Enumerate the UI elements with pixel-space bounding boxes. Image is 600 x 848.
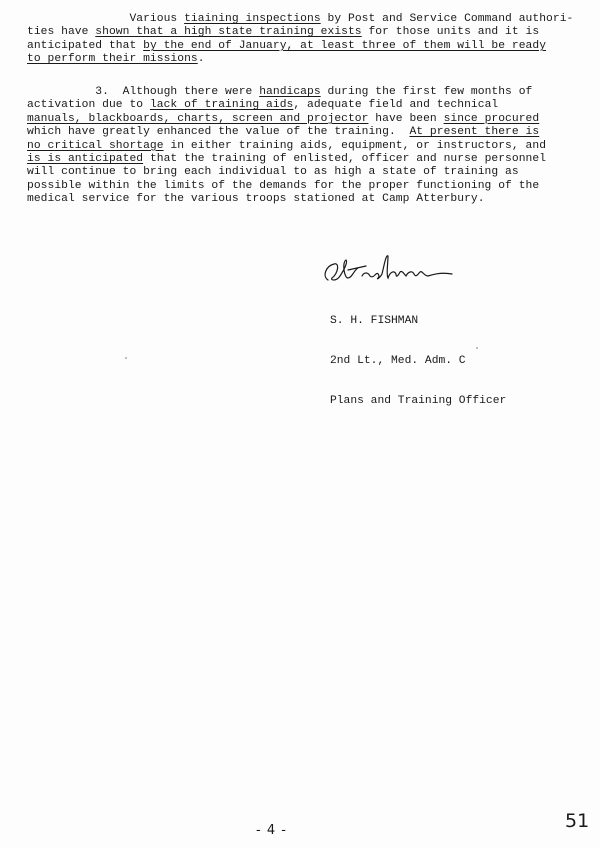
- text-line: medical service for the various troops s…: [27, 193, 587, 206]
- paper-speck: [125, 357, 127, 359]
- text-segment: in either training aids, equipment, or i…: [164, 140, 546, 152]
- underlined-phrase: by the end of January, at least three of…: [143, 40, 546, 52]
- signer-rank: 2nd Lt., Med. Adm. C: [330, 355, 558, 368]
- underlined-phrase: since procured: [444, 113, 540, 125]
- text-line: to perform their missions.: [27, 53, 587, 66]
- text-segment: .: [198, 53, 205, 65]
- text-segment: possible within the limits of the demand…: [27, 180, 539, 192]
- text-segment: ties have: [27, 26, 95, 38]
- signer-name: S. H. FISHMAN: [330, 315, 558, 328]
- text-segment: for those units and it is: [362, 26, 540, 38]
- text-segment: that the training of enlisted, officer a…: [143, 153, 546, 165]
- text-line: will continue to bring each individual t…: [27, 166, 587, 179]
- text-segment: anticipated that: [27, 40, 143, 52]
- text-line: manuals, blackboards, charts, screen and…: [27, 113, 587, 126]
- handwritten-signature: [318, 248, 468, 290]
- text-line: anticipated that by the end of January, …: [27, 40, 587, 53]
- page-number: - 4 -: [256, 823, 287, 838]
- underlined-phrase: is is anticipated: [27, 153, 143, 165]
- underlined-phrase: no critical shortage: [27, 140, 164, 152]
- underlined-phrase: manuals, blackboards, charts, screen and…: [27, 113, 368, 125]
- underlined-phrase: to perform their missions: [27, 53, 198, 65]
- underlined-phrase: lack of training aids: [150, 99, 293, 111]
- paragraph-training-inspections: Various tiaining inspections by Post and…: [27, 13, 587, 67]
- underlined-phrase: tiaining inspections: [184, 13, 321, 25]
- underlined-phrase: shown that a high state training exists: [95, 26, 361, 38]
- signature-area: S. H. FISHMAN 2nd Lt., Med. Adm. C Plans…: [318, 248, 558, 435]
- paragraph-3-handicaps: 3. Although there were handicaps during …: [27, 86, 587, 207]
- text-line: 3. Although there were handicaps during …: [27, 86, 587, 99]
- signature-block: S. H. FISHMAN 2nd Lt., Med. Adm. C Plans…: [330, 288, 558, 435]
- text-segment: during the first few months of: [321, 86, 533, 98]
- text-segment: , adequate field and technical: [293, 99, 498, 111]
- underlined-phrase: At present there is: [409, 126, 539, 138]
- text-line: which have greatly enhanced the value of…: [27, 126, 587, 139]
- text-segment: will continue to bring each individual t…: [27, 166, 519, 178]
- text-segment: Various: [27, 13, 184, 25]
- underlined-phrase: handicaps: [259, 86, 320, 98]
- text-segment: have been: [368, 113, 443, 125]
- text-line: possible within the limits of the demand…: [27, 180, 587, 193]
- signer-title: Plans and Training Officer: [330, 395, 558, 408]
- text-line: is is anticipated that the training of e…: [27, 153, 587, 166]
- text-segment: by Post and Service Command authori-: [321, 13, 574, 25]
- paper-speck: [476, 347, 478, 349]
- text-segment: activation due to: [27, 99, 150, 111]
- folio-number: 51: [565, 810, 589, 832]
- text-segment: medical service for the various troops s…: [27, 193, 485, 205]
- document-page: Various tiaining inspections by Post and…: [0, 0, 600, 848]
- text-line: ties have shown that a high state traini…: [27, 26, 587, 39]
- text-segment: 3. Although there were: [27, 86, 259, 98]
- text-line: activation due to lack of training aids,…: [27, 99, 587, 112]
- text-segment: which have greatly enhanced the value of…: [27, 126, 409, 138]
- text-line: Various tiaining inspections by Post and…: [27, 13, 587, 26]
- text-line: no critical shortage in either training …: [27, 140, 587, 153]
